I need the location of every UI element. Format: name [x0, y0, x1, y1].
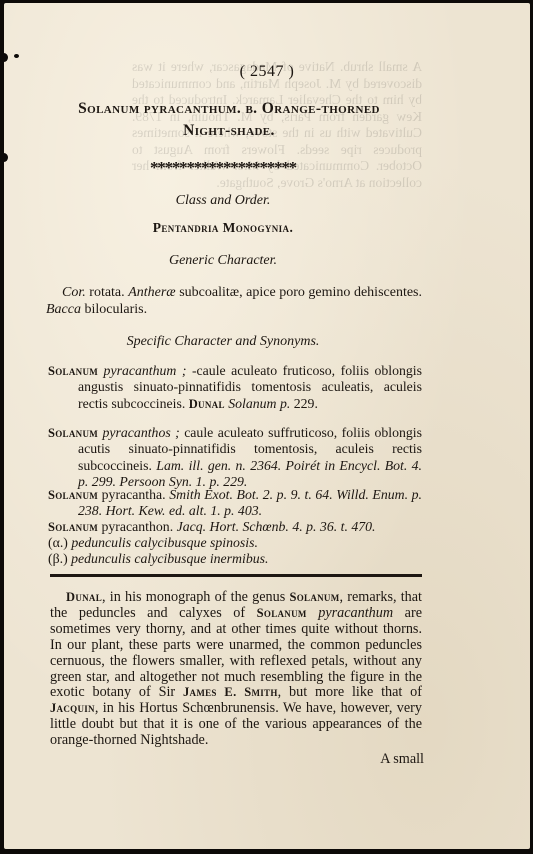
species-name: pyracanthon.	[98, 519, 177, 534]
cor-term: Cor.	[62, 285, 86, 300]
author-name: Dunal	[66, 590, 102, 604]
title-line-2: Night-shade.	[42, 120, 416, 142]
person-name: Jacquin	[50, 701, 95, 715]
specific-heading: Specific Character and Synonyms.	[0, 334, 486, 350]
genus-name: Solanum	[48, 426, 98, 440]
synonym-entry: Solanum pyracanthos ; caule aculeato suf…	[48, 425, 422, 491]
variety-text: pedunculis calycibusque spinosis.	[68, 535, 258, 550]
body-text: , in his monograph of the genus	[102, 589, 289, 605]
species-name: pyracanthum	[307, 605, 393, 621]
genus-name: Solanum	[48, 520, 98, 534]
variety-alpha: (α.) pedunculis calycibusque spinosis.	[48, 535, 422, 551]
variety-text: pedunculis calycibusque inermibus.	[68, 551, 269, 566]
person-name: James E. Smith	[183, 685, 278, 699]
generic-character-text: Cor. rotata. Antheræ subcoalitæ, apice p…	[46, 284, 422, 318]
variety-label: (β.)	[48, 551, 68, 566]
page-title: Solanum pyracanthum. β. Orange-thorned N…	[42, 98, 416, 142]
reference: Jacq. Hort. Schœnb. 4. p. 36. t. 470.	[177, 519, 376, 534]
class-heading: Class and Order.	[0, 193, 486, 209]
variety-label: (α.)	[48, 535, 68, 550]
genus-name: Solanum	[48, 488, 98, 502]
variety-beta: (β.) pedunculis calycibusque inermibus.	[48, 551, 422, 567]
body-text: , in his Hortus Schœnbrunensis. We have,…	[50, 700, 422, 748]
book-page: A small shrub. Native of Madagascar, whe…	[4, 3, 530, 849]
title-line-1: Solanum pyracanthum. β. Orange-thorned	[42, 98, 416, 120]
synonym-entry: Solanum pyracantha. Smith Exot. Bot. 2. …	[48, 487, 422, 520]
species-name: pyracanthum ;	[98, 363, 186, 378]
synonym-entry: Solanum pyracanthum ; ‑caule aculeato fr…	[48, 363, 422, 412]
genus-name: Solanum	[257, 606, 307, 620]
plate-number: ( 2547 )	[4, 63, 530, 81]
genus-name: Solanum	[289, 590, 339, 604]
binding-hole	[0, 53, 8, 62]
generic-text: rotata.	[86, 285, 128, 300]
species-name: pyracantha.	[98, 487, 169, 502]
description-paragraph: Dunal, in his monograph of the genus Sol…	[50, 590, 422, 749]
generic-text: bilocularis.	[81, 302, 147, 317]
generic-text: subcoalitæ, apice poro gemino dehiscente…	[176, 285, 422, 300]
synonym-entry: Solanum pyracanthon. Jacq. Hort. Schœnb.…	[48, 519, 422, 535]
body-text: , but more like that of	[278, 684, 422, 700]
class-value: Pentandria Monogynia.	[0, 220, 486, 236]
genus-name: Solanum	[48, 364, 98, 378]
antherae-term: Antheræ	[128, 285, 175, 300]
page-blemish	[14, 54, 19, 58]
species-name: pyracanthos ;	[98, 425, 180, 440]
section-rule	[50, 574, 422, 577]
ornament-divider: ********************	[0, 158, 486, 178]
reference-page: 229.	[290, 396, 318, 411]
reference: Solanum p.	[225, 396, 291, 411]
author-name: Dunal	[189, 397, 225, 411]
bacca-term: Bacca	[46, 302, 81, 317]
generic-heading: Generic Character.	[0, 253, 486, 269]
catchword: A small	[304, 751, 424, 768]
